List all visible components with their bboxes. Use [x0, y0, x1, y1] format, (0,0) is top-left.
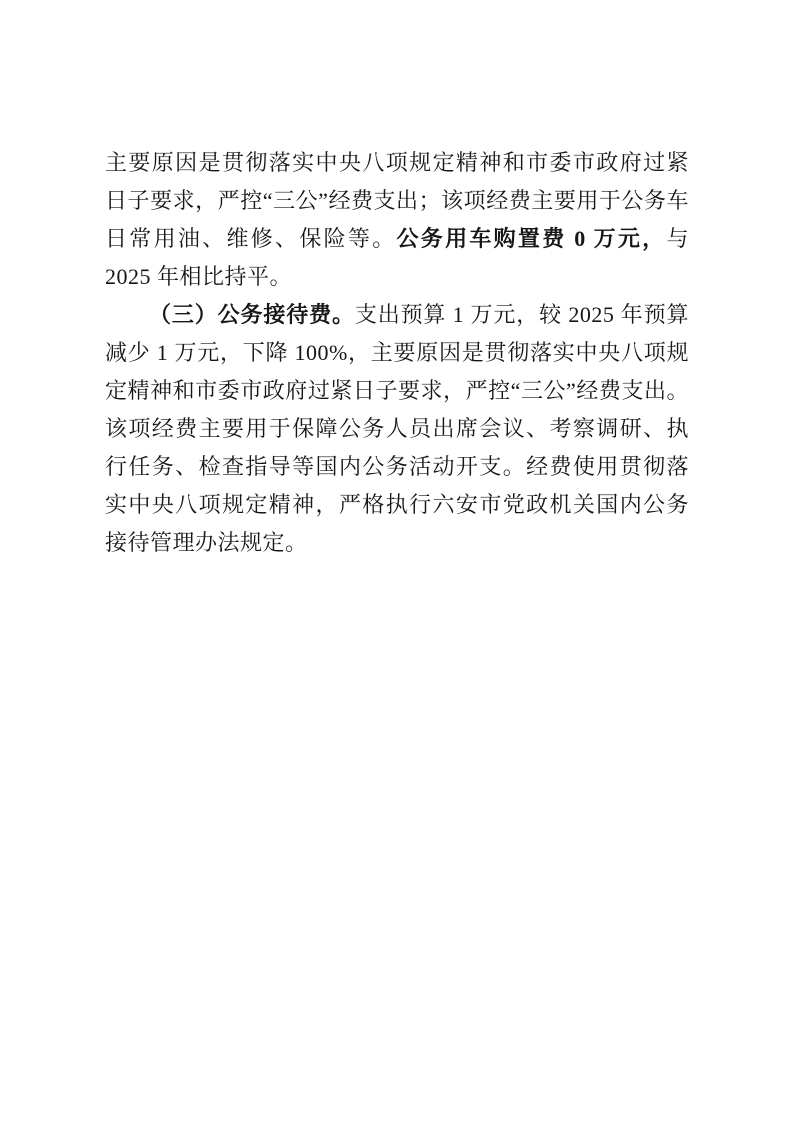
document-text-block: 主要原因是贯彻落实中央八项规定精神和市委市政府过紧日子要求，严控“三公”经费支出… [105, 144, 689, 562]
paragraph-official-reception-expense: （三）公务接待费。支出预算 1 万元，较 2025 年预算减少 1 万元，下降 … [105, 296, 689, 562]
text-run-reception-heading-bold: （三）公务接待费。 [149, 302, 355, 327]
document-page: 主要原因是贯彻落实中央八项规定精神和市委市政府过紧日子要求，严控“三公”经费支出… [0, 0, 793, 1122]
text-run-reception-body: 支出预算 1 万元，较 2025 年预算减少 1 万元，下降 100%，主要原因… [105, 302, 689, 555]
text-run-vehicle-purchase-fee-bold: 公务用车购置费 0 万元， [396, 226, 666, 251]
paragraph-official-vehicle-expense: 主要原因是贯彻落实中央八项规定精神和市委市政府过紧日子要求，严控“三公”经费支出… [105, 144, 689, 296]
